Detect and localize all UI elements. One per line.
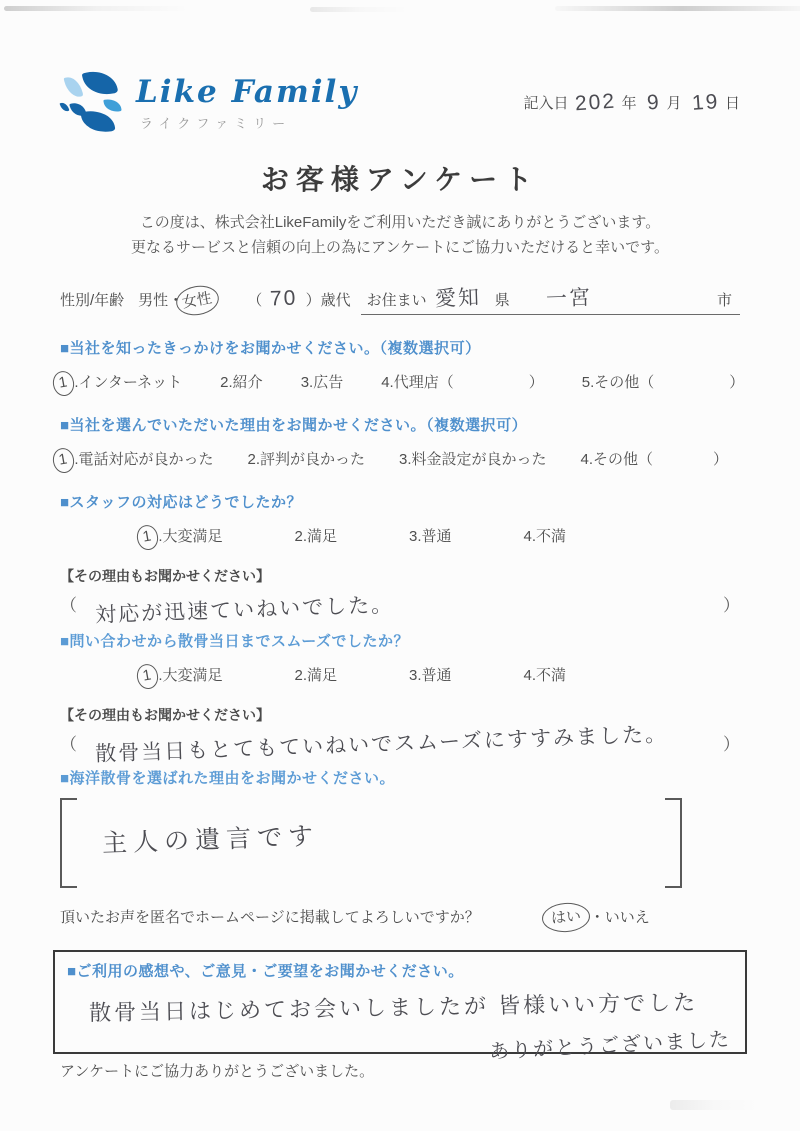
option-very-satisfied: 1.大変満足 <box>144 664 223 685</box>
thank-you-note: アンケートにご協力ありがとうございました。 <box>60 1060 740 1081</box>
selection-circle: 1 <box>51 446 76 474</box>
question-staff-options: 1.大変満足 2.満足 3.普通 4.不満 <box>60 525 740 546</box>
option-referral: 2.紹介 <box>220 371 263 392</box>
comments-heading: ■ご利用の感想や、ご意見・ご要望をお聞かせください。 <box>67 960 733 981</box>
publish-answers: はい・いいえ <box>542 906 650 928</box>
handwritten-city: 一宮 <box>545 281 592 313</box>
selection-circle-yes: はい <box>541 901 591 933</box>
gender-female: 女性 <box>181 289 214 311</box>
question-smooth-heading: ■問い合わせから散骨当日までスムーズでしたか？ <box>60 630 740 651</box>
question-source-options: 1.インターネット 2.紹介 3.広告 4.代理店（ ） 5.その他（ ） <box>60 371 740 392</box>
header: Like Family ライクファミリー 記入日202年 9月 19日 <box>60 72 740 136</box>
option-reputation-good: 2.評判が良かった <box>248 448 366 469</box>
selection-circle: 1 <box>135 662 160 690</box>
option-neutral: 3.普通 <box>409 525 452 546</box>
logo-kana: ライクファミリー <box>140 113 358 132</box>
company-logo: Like Family ライクファミリー <box>60 72 358 136</box>
handwritten-month: 9 <box>646 91 661 116</box>
option-dissatisfied: 4.不満 <box>524 664 567 685</box>
handwritten-comment-line2: ありがとうございました <box>488 1022 731 1064</box>
option-internet: 1.インターネット <box>60 371 182 392</box>
answer-no: いいえ <box>605 909 650 926</box>
publish-question: 頂いたお声を匿名でホームページに掲載してよろしいですか？ <box>60 906 480 927</box>
question-source-heading: ■当社を知ったきっかけをお聞かせください。（複数選択可） <box>60 337 740 358</box>
option-other: 4.その他（ ） <box>581 448 729 469</box>
right-bracket <box>665 798 682 888</box>
selection-circle-gender: 女性 <box>174 282 221 318</box>
question-ocean-heading: ■海洋散骨を選ばれた理由をお聞かせください。 <box>60 767 740 788</box>
answer-yes: はい <box>550 907 581 926</box>
fill-date-line: 記入日202年 9月 19日 <box>524 90 741 114</box>
selection-circle: 1 <box>135 523 160 551</box>
question-staff-heading: ■スタッフの対応はどうでしたか？ <box>60 491 740 512</box>
handwritten-day: 19 <box>691 90 720 116</box>
scan-smudge <box>555 6 800 11</box>
smooth-reason-answer: （ 散骨当日もとてもていねいでスムーズにすすみました。 ） <box>60 727 740 757</box>
left-bracket <box>60 798 77 888</box>
option-phone-good: 1.電話対応が良かった <box>60 448 214 469</box>
gender-male: 男性 <box>138 289 168 310</box>
option-satisfied: 2.満足 <box>295 664 338 685</box>
comments-box: ■ご利用の感想や、ご意見・ご要望をお聞かせください。 散骨当日はじめてお会いしま… <box>53 950 747 1054</box>
age-unit: 歳代 <box>321 289 351 310</box>
residence-label: お住まい <box>367 289 427 310</box>
intro-text: この度は、株式会社LikeFamilyをご利用いただき誠にありがとうございます。… <box>60 211 740 261</box>
option-other: 5.その他（ ） <box>582 371 745 392</box>
option-very-satisfied: 1.大変満足 <box>144 525 223 546</box>
scan-smudge <box>4 6 189 11</box>
scan-smudge <box>670 1100 760 1110</box>
handwritten-age: 70 <box>270 286 298 311</box>
handwritten-year: 202 <box>574 90 617 117</box>
option-neutral: 3.普通 <box>409 664 452 685</box>
option-dissatisfied: 4.不満 <box>524 525 567 546</box>
scan-smudge <box>310 7 410 12</box>
option-satisfied: 2.満足 <box>295 525 338 546</box>
profile-row: 性別/年齢 男性 ・ 女性 （ 70 ） 歳代 お住まい 愛知 県 一宮 市 <box>60 282 740 315</box>
handwritten-prefecture: 愛知 <box>434 281 481 313</box>
logo-name: Like Family <box>136 76 358 109</box>
handwritten-ocean-reason: 主人の遺言です <box>101 816 319 860</box>
handwritten-comment-line1: 散骨当日はじめてお会いしましたが 皆様いい方でした <box>89 985 699 1027</box>
leaf-logo-icon <box>60 72 122 136</box>
gender-age-label: 性別/年齢 <box>60 289 124 310</box>
page-title: お客様アンケート <box>60 158 740 198</box>
date-label: 記入日 <box>524 95 569 112</box>
publish-consent-row: 頂いたお声を匿名でホームページに掲載してよろしいですか？ はい・いいえ <box>60 906 740 928</box>
ocean-answer-area: 主人の遺言です <box>60 798 740 888</box>
question-choose-options: 1.電話対応が良かった 2.評判が良かった 3.料金設定が良かった 4.その他（… <box>60 448 740 469</box>
option-price-good: 3.料金設定が良かった <box>399 448 547 469</box>
question-smooth-options: 1.大変満足 2.満足 3.普通 4.不満 <box>60 664 740 685</box>
selection-circle: 1 <box>51 369 76 397</box>
survey-scan-page: Like Family ライクファミリー 記入日202年 9月 19日 お客様ア… <box>0 0 800 1131</box>
option-advertisement: 3.広告 <box>301 371 344 392</box>
residence-field: お住まい 愛知 県 一宮 市 <box>361 282 740 315</box>
option-agency: 4.代理店（ ） <box>381 371 544 392</box>
question-choose-heading: ■当社を選んでいただいた理由をお聞かせください。（複数選択可） <box>60 414 740 435</box>
staff-reason-answer: （ 対応が迅速ていねいでした。 ） <box>60 588 740 618</box>
